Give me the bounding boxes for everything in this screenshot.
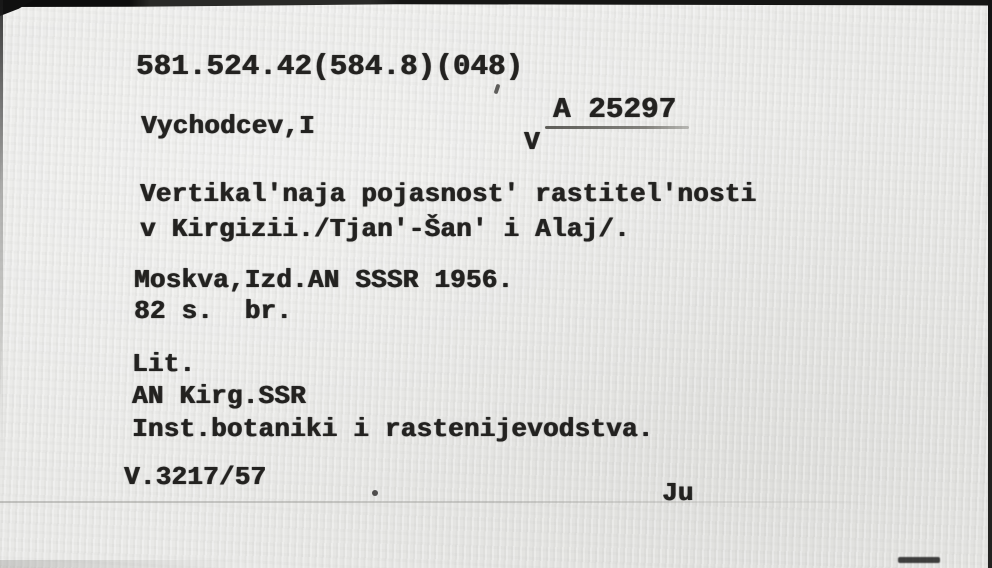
call-number-underline [545,126,689,129]
note-institute: Inst.botaniki i rastenijevodstva. [132,416,653,442]
scan-edge-bottom-mark [898,557,940,563]
author-name: Vychodcev,I [141,113,315,139]
imprint-line: Moskva,Izd.AN SSSR 1956. [134,267,513,293]
scan-edge-right [988,0,992,568]
ruled-line [0,501,880,503]
classification-number: 581.524.42(584.8)(048) [136,52,523,81]
ink-speck [372,490,378,496]
scan-edge-top [0,0,992,7]
scan-corner-notch [0,0,34,16]
scan-edge-bottom-shade [0,560,240,568]
catalog-card: 581.524.42(584.8)(048) Vychodcev,I V A 2… [0,0,992,568]
accession-number: V.3217/57 [124,464,266,490]
note-academy: AN Kirg.SSR [132,383,306,409]
title-line-1: Vertikal'naja pojasnost' rastitel'nosti [140,181,756,207]
scan-edge-left [0,0,3,470]
call-number-prefix: V [524,129,540,155]
note-literature: Lit. [132,351,195,377]
title-line-2: v Kirgizii./Tjan'-Šan' i Alaj/. [140,216,630,242]
call-number: A 25297 [553,95,676,124]
stray-apostrophe-mark [494,84,501,95]
collation-line: 82 s. br. [134,298,292,324]
